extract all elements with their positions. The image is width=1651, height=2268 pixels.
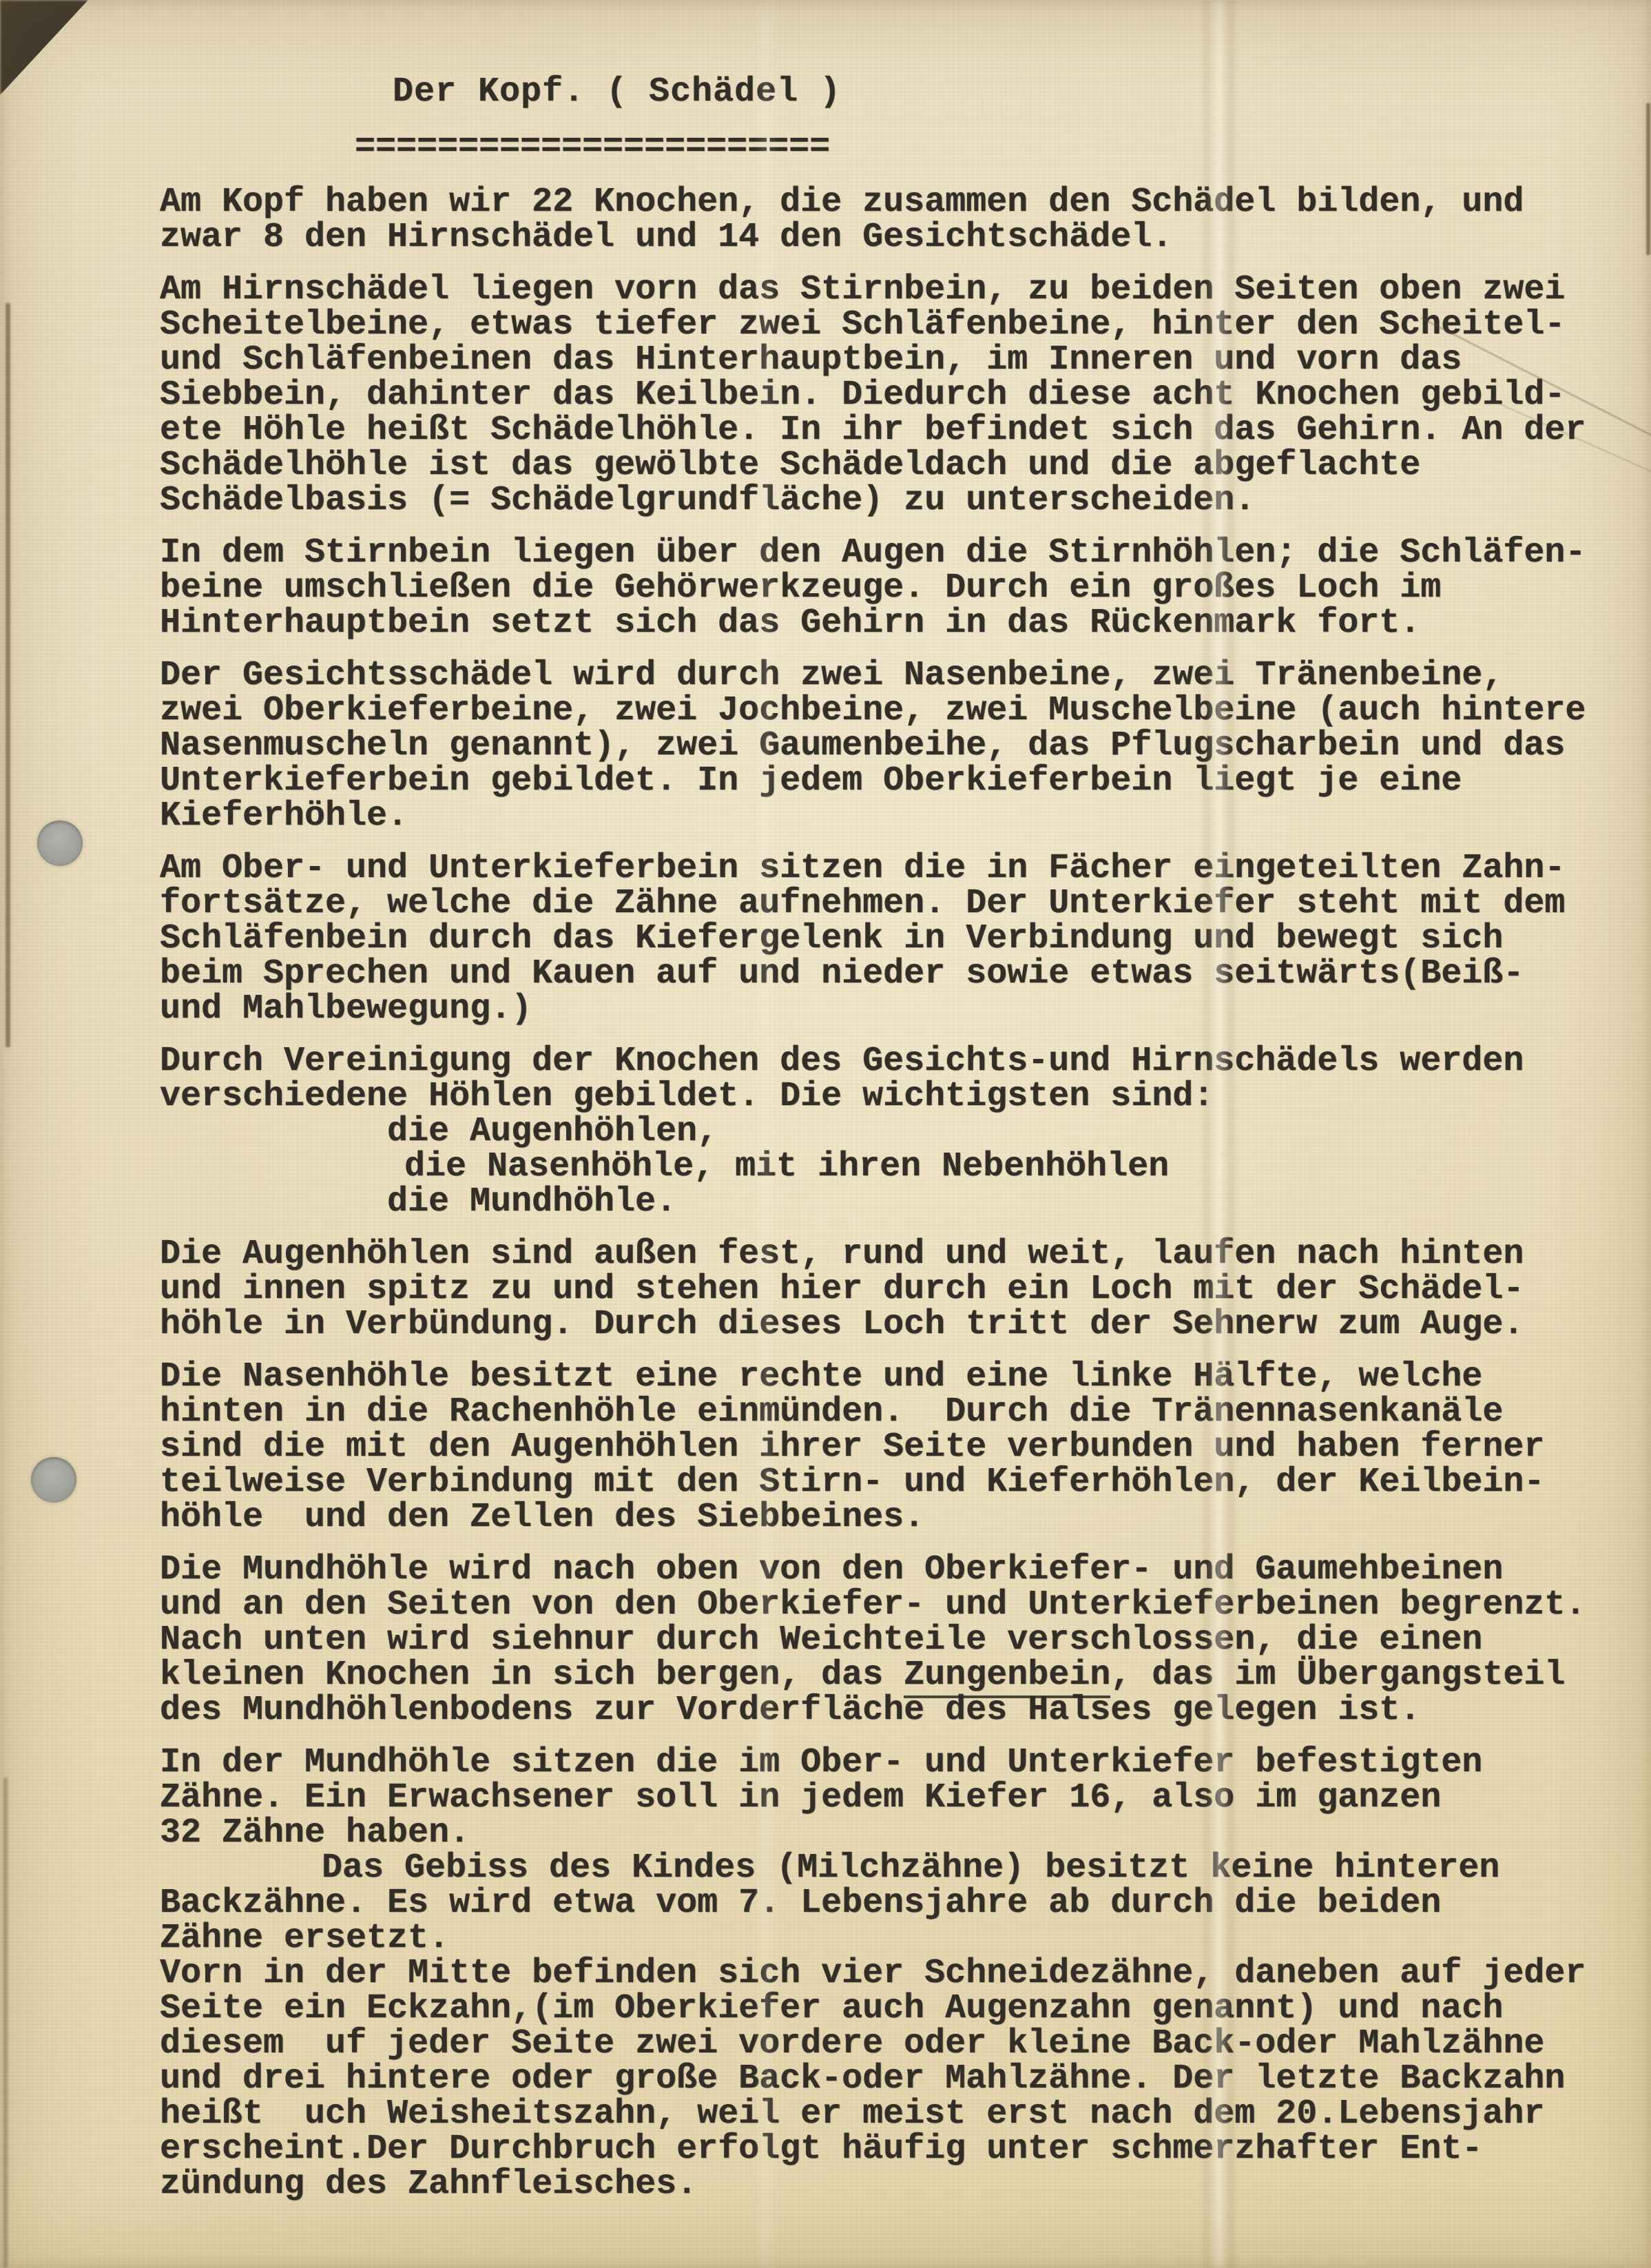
title-underline: ======================= xyxy=(355,130,841,165)
text-line: diesem uf jeder Seite zwei vordere oder … xyxy=(160,2026,1586,2061)
text-line: Hinterhauptbein setzt sich das Gehirn in… xyxy=(160,606,1586,641)
paragraph: Die Nasenhöhle besitzt eine rechte und e… xyxy=(160,1359,1586,1535)
text-line: Die Nasenhöhle besitzt eine rechte und e… xyxy=(160,1359,1586,1394)
text-line: und innen spitz zu und stehen hier durch… xyxy=(160,1272,1586,1307)
text-line: erscheint.Der Durchbruch erfolgt häufig … xyxy=(160,2132,1586,2167)
text-line: zündung des Zahnfleisches. xyxy=(160,2167,1586,2202)
text-line: Nasenmuscheln genannt), zwei Gaumenbeihe… xyxy=(160,728,1586,763)
text-line: Schädelbasis (= Schädelgrundfläche) zu u… xyxy=(160,483,1586,518)
text-line: 32 Zähne haben. xyxy=(160,1815,1586,1851)
text-line: Nach unten wird siehnur durch Weichteile… xyxy=(160,1622,1586,1658)
text-line: Vorn in der Mitte befinden sich vier Sch… xyxy=(160,1956,1586,1991)
paragraph: Der Gesichtsschädel wird durch zwei Nase… xyxy=(160,658,1586,834)
text-line: und Schläfenbeinen das Hinterhauptbein, … xyxy=(160,342,1586,378)
text-line: Siebbein, dahinter das Keilbein. Diedurc… xyxy=(160,378,1586,413)
text-line: ete Höhle heißt Schädelhöhle. In ihr bef… xyxy=(160,413,1586,448)
text-line: Der Gesichtsschädel wird durch zwei Nase… xyxy=(160,658,1586,693)
text-line: Am Kopf haben wir 22 Knochen, die zusamm… xyxy=(160,185,1586,220)
text-line: kleinen Knochen in sich bergen, das Zung… xyxy=(160,1658,1586,1693)
left-edge-shadow xyxy=(3,1777,8,2268)
text-line: des Mundhöhlenbodens zur Vorderfläche de… xyxy=(160,1693,1586,1728)
list-item-line: die Nasenhöhle, mit ihren Nebenhöhlen xyxy=(160,1149,1586,1184)
text-line: zwar 8 den Hirnschädel und 14 den Gesich… xyxy=(160,220,1586,255)
text-line: Zähne ersetzt. xyxy=(160,1921,1586,1956)
hole-punch-bottom xyxy=(31,1457,76,1503)
text-line: und drei hintere oder große Back-oder Ma… xyxy=(160,2061,1586,2096)
list-item-line: die Augenhöhlen, xyxy=(160,1114,1586,1149)
document-body: Am Kopf haben wir 22 Knochen, die zusamm… xyxy=(160,185,1586,2202)
corner-shadow-top-left xyxy=(0,0,88,95)
text-line: hinten in die Rachenhöhle einmünden. Dur… xyxy=(160,1394,1586,1430)
title-block: Der Kopf. ( Schädel ) ==================… xyxy=(160,74,841,165)
paragraph: In der Mundhöhle sitzen die im Ober- und… xyxy=(160,1745,1586,1851)
paragraph: Am Ober- und Unterkieferbein sitzen die … xyxy=(160,851,1586,1027)
right-edge-shadow xyxy=(1646,103,1650,255)
paragraph: Am Hirnschädel liegen vorn das Stirnbein… xyxy=(160,272,1586,518)
text-line: heißt uch Weisheitszahn, weil er meist e… xyxy=(160,2096,1586,2132)
paragraph-with-list: Durch Vereinigung der Knochen des Gesich… xyxy=(160,1044,1586,1219)
paragraph: Am Kopf haben wir 22 Knochen, die zusamm… xyxy=(160,185,1586,255)
text-line: Seite ein Eckzahn,(im Oberkiefer auch Au… xyxy=(160,1991,1586,2026)
list-item-line: die Mundhöhle. xyxy=(160,1184,1586,1219)
text-segment: kleinen Knochen in sich bergen, das xyxy=(160,1656,904,1695)
paragraph: In dem Stirnbein liegen über den Augen d… xyxy=(160,535,1586,641)
text-segment: , das im Übergangsteil xyxy=(1110,1656,1565,1695)
text-line: Zähne. Ein Erwachsener soll in jedem Kie… xyxy=(160,1780,1586,1815)
text-line: sind die mit den Augenhöhlen ihrer Seite… xyxy=(160,1430,1586,1465)
text-line: In dem Stirnbein liegen über den Augen d… xyxy=(160,535,1586,570)
text-line: und Mahlbewegung.) xyxy=(160,991,1586,1027)
text-line: Das Gebiss des Kindes (Milchzähne) besit… xyxy=(160,1851,1586,1886)
paragraph: Das Gebiss des Kindes (Milchzähne) besit… xyxy=(160,1851,1586,1956)
text-line: zwei Oberkieferbeine, zwei Jochbeine, zw… xyxy=(160,693,1586,728)
text-line: höhle und den Zellen des Siebbeines. xyxy=(160,1500,1586,1535)
text-line: fortsätze, welche die Zähne aufnehmen. D… xyxy=(160,886,1586,921)
text-line: beim Sprechen und Kauen auf und nieder s… xyxy=(160,956,1586,991)
paragraph: Vorn in der Mitte befinden sich vier Sch… xyxy=(160,1956,1586,2202)
paragraph: Die Mundhöhle wird nach oben von den Obe… xyxy=(160,1552,1586,1728)
text-line: Backzähne. Es wird etwa vom 7. Lebensjah… xyxy=(160,1886,1586,1921)
left-edge-shadow xyxy=(6,303,10,1047)
text-line: Die Augenhöhlen sind außen fest, rund un… xyxy=(160,1237,1586,1272)
text-line: teilweise Verbindung mit den Stirn- und … xyxy=(160,1465,1586,1500)
page-title: Der Kopf. ( Schädel ) xyxy=(393,74,841,110)
text-line: Schädelhöhle ist das gewölbte Schädeldac… xyxy=(160,448,1586,483)
text-line: Am Ober- und Unterkieferbein sitzen die … xyxy=(160,851,1586,886)
text-line: und an den Seiten von den Oberkiefer- un… xyxy=(160,1587,1586,1622)
text-line: Die Mundhöhle wird nach oben von den Obe… xyxy=(160,1552,1586,1587)
text-line: Unterkieferbein gebildet. In jedem Oberk… xyxy=(160,763,1586,798)
paragraph: Die Augenhöhlen sind außen fest, rund un… xyxy=(160,1237,1586,1342)
text-line: verschiedene Höhlen gebildet. Die wichti… xyxy=(160,1079,1586,1114)
text-line: Kieferhöhle. xyxy=(160,798,1586,834)
text-line: beine umschließen die Gehörwerkzeuge. Du… xyxy=(160,570,1586,606)
text-line: Scheitelbeine, etwas tiefer zwei Schläfe… xyxy=(160,307,1586,342)
text-line: höhle in Verbündung. Durch dieses Loch t… xyxy=(160,1307,1586,1342)
text-line: In der Mundhöhle sitzen die im Ober- und… xyxy=(160,1745,1586,1780)
hole-punch-top xyxy=(37,821,83,866)
scanned-typewritten-page: Der Kopf. ( Schädel ) ==================… xyxy=(0,0,1651,2268)
text-line: Durch Vereinigung der Knochen des Gesich… xyxy=(160,1044,1586,1079)
text-line: Schläfenbein durch das Kiefergelenk in V… xyxy=(160,921,1586,956)
text-line: Am Hirnschädel liegen vorn das Stirnbein… xyxy=(160,272,1586,307)
